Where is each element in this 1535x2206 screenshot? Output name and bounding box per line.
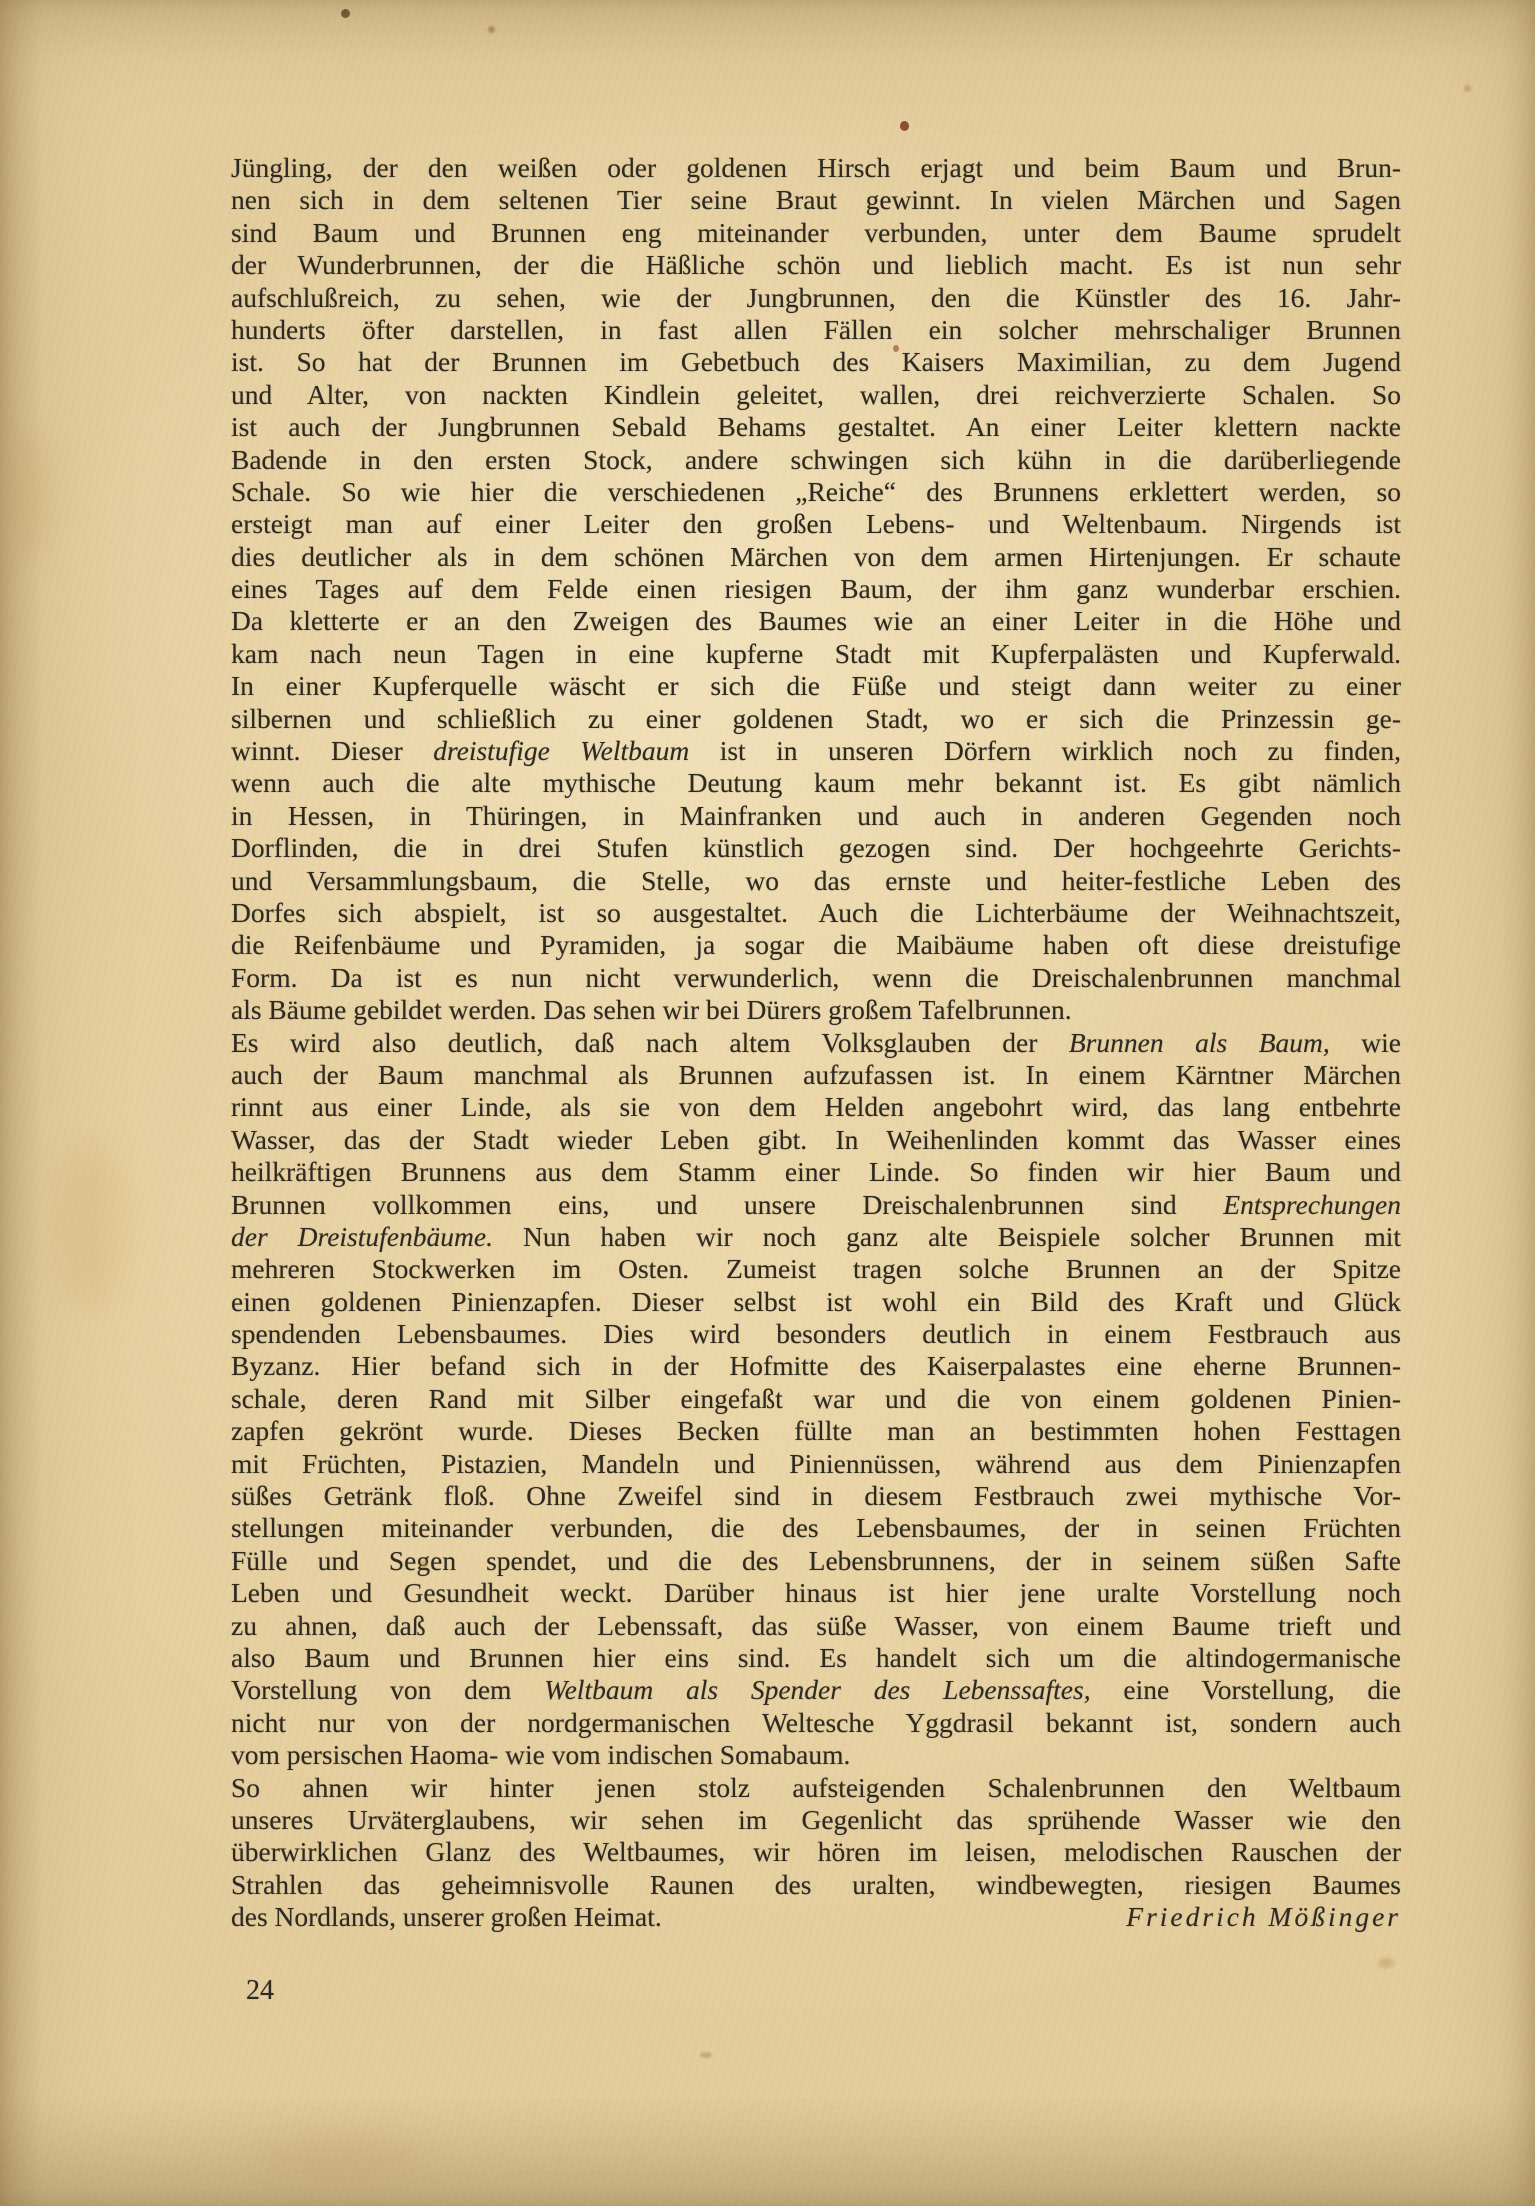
body-text: nicht nur von der nordgermanischen Welte…: [231, 1707, 1401, 1738]
body-text: ist auch der Jungbrunnen Sebald Behams g…: [231, 411, 1401, 442]
body-text: süßes Getränk floß. Ohne Zweifel sind in…: [231, 1480, 1401, 1511]
body-text: Wasser, das der Stadt wieder Leben gibt.…: [231, 1124, 1401, 1155]
body-text: aufschlußreich, zu sehen, wie der Jungbr…: [231, 282, 1401, 313]
text-line: kam nach neun Tagen in eine kupferne Sta…: [231, 638, 1401, 670]
text-line: süßes Getränk floß. Ohne Zweifel sind in…: [231, 1480, 1401, 1512]
text-line: sind Baum und Brunnen eng miteinander ve…: [231, 217, 1401, 249]
text-line: Badende in den ersten Stock, andere schw…: [231, 444, 1401, 476]
body-text: schale, deren Rand mit Silber eingefaßt …: [231, 1383, 1401, 1414]
text-line: eines Tages auf dem Felde einen riesigen…: [231, 573, 1401, 605]
body-text: zu ahnen, daß auch der Lebenssaft, das s…: [231, 1610, 1401, 1641]
text-line: und Alter, von nackten Kindlein geleitet…: [231, 379, 1401, 411]
text-line: Jüngling, der den weißen oder goldenen H…: [231, 152, 1401, 184]
paper-speck: [488, 26, 495, 33]
body-text: einen goldenen Pinienzapfen. Dieser selb…: [231, 1286, 1401, 1317]
text-line: Dorfes sich abspielt, ist so ausgestalte…: [231, 897, 1401, 929]
text-line: heilkräftigen Brunnens aus dem Stamm ein…: [231, 1156, 1401, 1188]
text-line: und Versammlungsbaum, die Stelle, wo das…: [231, 865, 1401, 897]
body-text: silbernen und schließlich zu einer golde…: [231, 703, 1401, 734]
scanned-book-page: Jüngling, der den weißen oder goldenen H…: [0, 0, 1535, 2206]
body-text: heilkräftigen Brunnens aus dem Stamm ein…: [231, 1156, 1401, 1187]
text-line: der Wunderbrunnen, der die Häßliche schö…: [231, 249, 1401, 281]
emphasized-text: der Dreistufenbäume.: [231, 1221, 493, 1252]
body-text: In einer Kupferquelle wäscht er sich die…: [231, 670, 1401, 701]
body-text: also Baum und Brunnen hier eins sind. Es…: [231, 1642, 1401, 1673]
text-line: wenn auch die alte mythische Deutung kau…: [231, 767, 1401, 799]
text-line: Brunnen vollkommen eins, und unsere Drei…: [231, 1189, 1401, 1221]
body-text: und Versammlungsbaum, die Stelle, wo das…: [231, 865, 1401, 896]
body-text: überwirklichen Glanz des Weltbaumes, wir…: [231, 1836, 1401, 1867]
text-line: ist auch der Jungbrunnen Sebald Behams g…: [231, 411, 1401, 443]
paper-speck: [8, 430, 50, 560]
body-text: und Alter, von nackten Kindlein geleitet…: [231, 379, 1401, 410]
body-text: ersteigt man auf einer Leiter den großen…: [231, 508, 1401, 539]
body-text: des Nordlands, unserer großen Heimat.: [231, 1901, 662, 1932]
paper-speck: [341, 9, 350, 18]
text-line: Dorflinden, die in drei Stufen künstlich…: [231, 832, 1401, 864]
body-text: der Wunderbrunnen, der die Häßliche schö…: [231, 249, 1401, 280]
body-text: rinnt aus einer Linde, als sie von dem H…: [231, 1091, 1401, 1122]
text-line: auch der Baum manchmal als Brunnen aufzu…: [231, 1059, 1401, 1091]
text-line: einen goldenen Pinienzapfen. Dieser selb…: [231, 1286, 1401, 1318]
text-line: stellungen miteinander verbunden, die de…: [231, 1512, 1401, 1544]
body-text: Form. Da ist es nun nicht verwunderlich,…: [231, 962, 1401, 993]
body-text: Fülle und Segen spendet, und die des Leb…: [231, 1545, 1401, 1576]
body-text: die Reifenbäume und Pyramiden, ja sogar …: [231, 929, 1401, 960]
body-text: Brunnen vollkommen eins, und unsere Drei…: [231, 1189, 1223, 1220]
body-text: kam nach neun Tagen in eine kupferne Sta…: [231, 638, 1401, 669]
text-line: So ahnen wir hinter jenen stolz aufsteig…: [231, 1772, 1401, 1804]
text-line: ist. So hat der Brunnen im Gebetbuch des…: [231, 346, 1401, 378]
paper-speck: [900, 121, 909, 131]
text-line: Es wird also deutlich, daß nach altem Vo…: [231, 1027, 1401, 1059]
body-text: So ahnen wir hinter jenen stolz aufsteig…: [231, 1772, 1401, 1803]
body-text: Es wird also deutlich, daß nach altem Vo…: [231, 1027, 1069, 1058]
text-line: Leben und Gesundheit weckt. Darüber hina…: [231, 1577, 1401, 1609]
body-text: Da kletterte er an den Zweigen des Baume…: [231, 605, 1401, 636]
text-line: Fülle und Segen spendet, und die des Leb…: [231, 1545, 1401, 1577]
body-text: ist in unseren Dörfern wirklich noch zu …: [689, 735, 1401, 766]
text-line: vom persischen Haoma- wie vom indischen …: [231, 1739, 1401, 1771]
paper-speck: [250, 2140, 430, 2180]
body-text: Dorflinden, die in drei Stufen künstlich…: [231, 832, 1401, 863]
body-text: unseres Urväterglaubens, wir sehen im Ge…: [231, 1804, 1401, 1835]
paper-speck: [700, 2052, 712, 2058]
emphasized-text: dreistufige Weltbaum: [433, 735, 689, 766]
author-signature: Friedrich Mößinger: [1126, 1901, 1401, 1933]
body-text: Leben und Gesundheit weckt. Darüber hina…: [231, 1577, 1401, 1608]
text-line: des Nordlands, unserer großen Heimat.Fri…: [231, 1901, 1401, 1933]
text-line: aufschlußreich, zu sehen, wie der Jungbr…: [231, 282, 1401, 314]
text-block: Jüngling, der den weißen oder goldenen H…: [231, 152, 1401, 1933]
text-line-left: des Nordlands, unserer großen Heimat.: [231, 1901, 662, 1933]
text-line: nen sich in dem seltenen Tier seine Brau…: [231, 184, 1401, 216]
text-line: In einer Kupferquelle wäscht er sich die…: [231, 670, 1401, 702]
text-line: Form. Da ist es nun nicht verwunderlich,…: [231, 962, 1401, 994]
paper-speck: [1378, 1958, 1394, 1968]
body-text: Strahlen das geheimnisvolle Raunen des u…: [231, 1869, 1401, 1900]
body-text: wenn auch die alte mythische Deutung kau…: [231, 767, 1401, 798]
body-text: nen sich in dem seltenen Tier seine Brau…: [231, 184, 1401, 215]
body-text: spendenden Lebensbaumes. Dies wird beson…: [231, 1318, 1401, 1349]
body-text: stellungen miteinander verbunden, die de…: [231, 1512, 1401, 1543]
body-text: in Hessen, in Thüringen, in Mainfranken …: [231, 800, 1401, 831]
text-line: mehreren Stockwerken im Osten. Zumeist t…: [231, 1253, 1401, 1285]
body-text: ist. So hat der Brunnen im Gebetbuch des…: [231, 346, 1401, 377]
text-line: zapfen gekrönt wurde. Dieses Becken füll…: [231, 1415, 1401, 1447]
body-text: als Bäume gebildet werden. Das sehen wir…: [231, 994, 1072, 1025]
body-text: eines Tages auf dem Felde einen riesigen…: [231, 573, 1401, 604]
text-line: Vorstellung von dem Weltbaum als Spender…: [231, 1674, 1401, 1706]
text-line: nicht nur von der nordgermanischen Welte…: [231, 1707, 1401, 1739]
body-text: wie: [1330, 1027, 1401, 1058]
text-line: Da kletterte er an den Zweigen des Baume…: [231, 605, 1401, 637]
text-line: winnt. Dieser dreistufige Weltbaum ist i…: [231, 735, 1401, 767]
text-line: Byzanz. Hier befand sich in der Hofmitte…: [231, 1350, 1401, 1382]
body-text: mehreren Stockwerken im Osten. Zumeist t…: [231, 1253, 1401, 1284]
text-line: spendenden Lebensbaumes. Dies wird beson…: [231, 1318, 1401, 1350]
body-text: vom persischen Haoma- wie vom indischen …: [231, 1739, 850, 1770]
body-text: hunderts öfter darstellen, in fast allen…: [231, 314, 1401, 345]
body-text: mit Früchten, Pistazien, Mandeln und Pin…: [231, 1448, 1401, 1479]
body-text: Nun haben wir noch ganz alte Beispiele s…: [493, 1221, 1401, 1252]
body-text: sind Baum und Brunnen eng miteinander ve…: [231, 217, 1401, 248]
text-line: Strahlen das geheimnisvolle Raunen des u…: [231, 1869, 1401, 1901]
body-text: Schale. So wie hier die verschiedenen „R…: [231, 476, 1401, 507]
text-line: in Hessen, in Thüringen, in Mainfranken …: [231, 800, 1401, 832]
text-line: also Baum und Brunnen hier eins sind. Es…: [231, 1642, 1401, 1674]
body-text: zapfen gekrönt wurde. Dieses Becken füll…: [231, 1415, 1401, 1446]
text-line: schale, deren Rand mit Silber eingefaßt …: [231, 1383, 1401, 1415]
text-line: der Dreistufenbäume. Nun haben wir noch …: [231, 1221, 1401, 1253]
text-line: mit Früchten, Pistazien, Mandeln und Pin…: [231, 1448, 1401, 1480]
body-text: Vorstellung von dem: [231, 1674, 544, 1705]
text-line: unseres Urväterglaubens, wir sehen im Ge…: [231, 1804, 1401, 1836]
body-text: eine Vorstellung, die: [1091, 1674, 1401, 1705]
body-text: winnt. Dieser: [231, 735, 433, 766]
text-line: silbernen und schließlich zu einer golde…: [231, 703, 1401, 735]
body-text: Dorfes sich abspielt, ist so ausgestalte…: [231, 897, 1401, 928]
page-number: 24: [246, 1975, 274, 2007]
text-line: hunderts öfter darstellen, in fast allen…: [231, 314, 1401, 346]
text-line: Wasser, das der Stadt wieder Leben gibt.…: [231, 1124, 1401, 1156]
emphasized-text: Entsprechungen: [1223, 1189, 1401, 1220]
text-line: rinnt aus einer Linde, als sie von dem H…: [231, 1091, 1401, 1123]
paper-speck: [55, 1140, 125, 1310]
text-line: als Bäume gebildet werden. Das sehen wir…: [231, 994, 1401, 1026]
body-text: dies deutlicher als in dem schönen Märch…: [231, 541, 1401, 572]
body-text: auch der Baum manchmal als Brunnen aufzu…: [231, 1059, 1401, 1090]
text-line: dies deutlicher als in dem schönen Märch…: [231, 541, 1401, 573]
text-line: zu ahnen, daß auch der Lebenssaft, das s…: [231, 1610, 1401, 1642]
emphasized-text: Brunnen als Baum,: [1069, 1027, 1330, 1058]
emphasized-text: Weltbaum als Spender des Lebenssaftes,: [544, 1674, 1090, 1705]
paper-speck: [1464, 85, 1471, 92]
text-line: überwirklichen Glanz des Weltbaumes, wir…: [231, 1836, 1401, 1868]
text-line: ersteigt man auf einer Leiter den großen…: [231, 508, 1401, 540]
body-text: Badende in den ersten Stock, andere schw…: [231, 444, 1401, 475]
body-text: Jüngling, der den weißen oder goldenen H…: [231, 152, 1401, 183]
body-text: Byzanz. Hier befand sich in der Hofmitte…: [231, 1350, 1401, 1381]
text-line: Schale. So wie hier die verschiedenen „R…: [231, 476, 1401, 508]
text-line: die Reifenbäume und Pyramiden, ja sogar …: [231, 929, 1401, 961]
